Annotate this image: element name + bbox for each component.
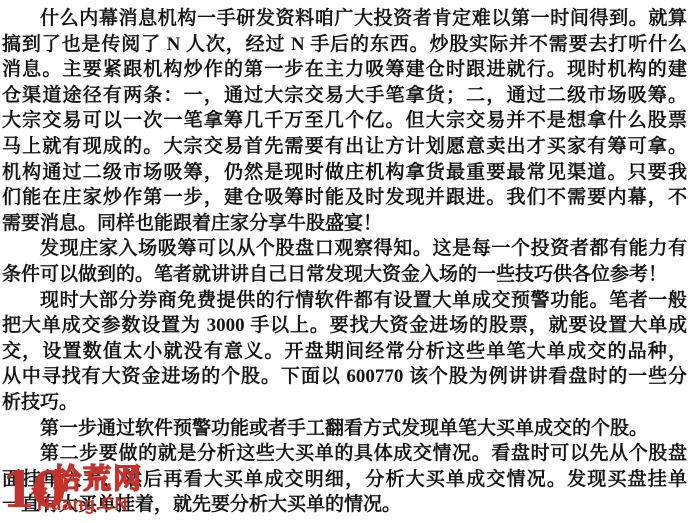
- text-line: 需要消息。同样也能跟着庄家分享牛股盛宴！: [2, 211, 687, 237]
- text-line: 把大单成交参数设置为 3000 手以上。要找大资金进场的股票，就要设置大单成: [2, 313, 687, 339]
- text-line: 们能在庄家炒作第一步，建仓吸筹时能及时发现并跟进。我们不需要内幕，不: [2, 185, 687, 211]
- document-page: 什么内幕消息机构一手研发资料咱广大投资者肯定难以第一时间得到。就算搞到了也是传阅…: [0, 0, 690, 523]
- text-line: 仓渠道途径有两条：一，通过大宗交易大手笔拿货；二，通过二级市场吸筹。: [2, 83, 687, 109]
- text-line: 条件可以做到的。笔者就讲讲自己日常发现大资金入场的一些技巧供各位参考！: [2, 262, 687, 288]
- text-line: 第二步要做的就是分析这些大买单的具体成交情况。看盘时可以先从个股盘: [2, 441, 687, 467]
- text-line: 从中寻找有大资金进场的个股。下面以 600770 该个股为例讲讲看盘时的一些分: [2, 364, 687, 390]
- text-line: 析技巧。: [2, 390, 687, 416]
- text-line: 机构通过二级市场吸筹，仍然是现时做庄机构拿货最重要最常见渠道。只要我: [2, 160, 687, 186]
- text-line: 现时大部分券商免费提供的行情软件都有设置大单成交预警功能。笔者一般: [2, 288, 687, 314]
- text-line: 搞到了也是传阅了 N 人次，经过 N 手后的东西。炒股实际并不需要去打听什么: [2, 32, 687, 58]
- text-line: 发现庄家入场吸筹可以从个股盘口观察得知。这是每一个投资者都有能力有: [2, 236, 687, 262]
- text-line: 面挂单入手，然后再看大买单成交明细，分析大买单成交情况。发现买盘挂单: [2, 467, 687, 493]
- text-line: 马上就有现成的。大宗交易首先需要有出让方计划愿意卖出才买家有筹可拿。: [2, 134, 687, 160]
- text-line: 一直有大买单挂着，就先要分析大买单的情况。: [2, 492, 687, 518]
- text-line: 交，设置数值太小就没有意义。开盘期间经常分析这些单笔大单成交的品种，: [2, 339, 687, 365]
- text-line: 大宗交易可以一次一笔拿筹几千万至几个亿。但大宗交易并不是想拿什么股票: [2, 108, 687, 134]
- text-line: 第一步通过软件预警功能或者手工翻看方式发现单笔大买单成交的个股。: [2, 416, 687, 442]
- text-line: 消息。主要紧跟机构炒作的第一步在主力吸筹建仓时跟进就行。现时机构的建: [2, 57, 687, 83]
- document-text: 什么内幕消息机构一手研发资料咱广大投资者肯定难以第一时间得到。就算搞到了也是传阅…: [2, 6, 687, 518]
- text-line: 什么内幕消息机构一手研发资料咱广大投资者肯定难以第一时间得到。就算: [2, 6, 687, 32]
